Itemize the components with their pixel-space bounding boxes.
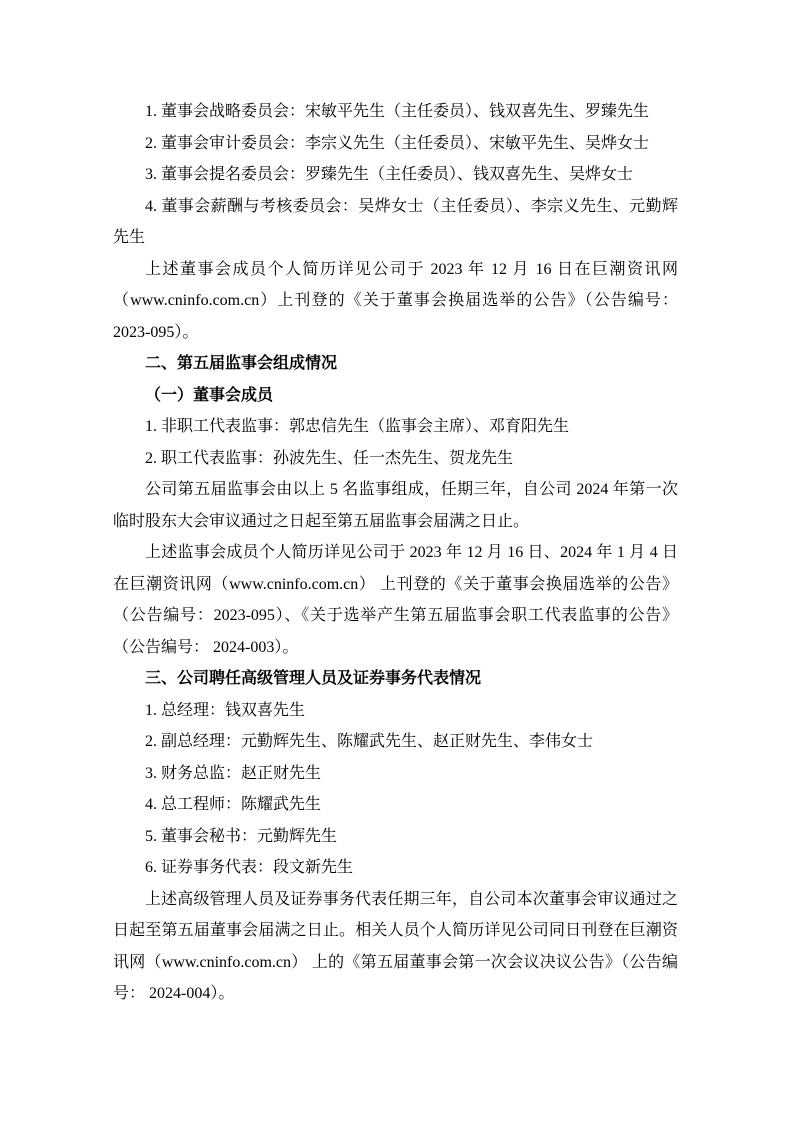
list-item-staff-supervisors: 2. 职工代表监事：孙波先生、任一杰先生、贺龙先生: [113, 443, 678, 475]
heading-section-3-senior-management: 三、公司聘任高级管理人员及证券事务代表情况: [113, 663, 678, 695]
list-item-securities-affairs-representative: 6. 证券事务代表：段文新先生: [113, 852, 678, 884]
para-board-members-bio: 上述董事会成员个人简历详见公司于 2023 年 12 月 16 日在巨潮资讯网（…: [113, 254, 678, 349]
list-item-remuneration-committee: 4. 董事会薪酬与考核委员会：吴烨女士（主任委员）、李宗义先生、元勤辉先生: [113, 191, 678, 254]
list-item-nomination-committee: 3. 董事会提名委员会：罗臻先生（主任委员）、钱双喜先生、吴烨女士: [113, 159, 678, 191]
list-item-deputy-general-managers: 2. 副总经理：元勤辉先生、陈耀武先生、赵正财先生、李伟女士: [113, 726, 678, 758]
list-item-general-manager: 1. 总经理：钱双喜先生: [113, 695, 678, 727]
list-item-non-staff-supervisors: 1. 非职工代表监事：郭忠信先生（监事会主席）、邓育阳先生: [113, 411, 678, 443]
list-item-board-secretary: 5. 董事会秘书：元勤辉先生: [113, 821, 678, 853]
document-page: 1. 董事会战略委员会：宋敏平先生（主任委员）、钱双喜先生、罗臻先生 2. 董事…: [0, 0, 793, 1122]
list-item-audit-committee: 2. 董事会审计委员会：李宗义先生（主任委员）、宋敏平先生、吴烨女士: [113, 128, 678, 160]
list-item-strategy-committee: 1. 董事会战略委员会：宋敏平先生（主任委员）、钱双喜先生、罗臻先生: [113, 96, 678, 128]
heading-subsection-members: （一）董事会成员: [113, 380, 678, 412]
heading-section-2-supervisory-board: 二、第五届监事会组成情况: [113, 348, 678, 380]
para-supervisors-bio: 上述监事会成员个人简历详见公司于 2023 年 12 月 16 日、2024 年…: [113, 537, 678, 663]
list-item-cfo: 3. 财务总监：赵正财先生: [113, 758, 678, 790]
para-supervisory-board-term: 公司第五届监事会由以上 5 名监事组成，任期三年，自公司 2024 年第一次临时…: [113, 474, 678, 537]
list-item-chief-engineer: 4. 总工程师：陈耀武先生: [113, 789, 678, 821]
para-senior-management-term: 上述高级管理人员及证券事务代表任期三年，自公司本次董事会审议通过之日起至第五届董…: [113, 884, 678, 1010]
